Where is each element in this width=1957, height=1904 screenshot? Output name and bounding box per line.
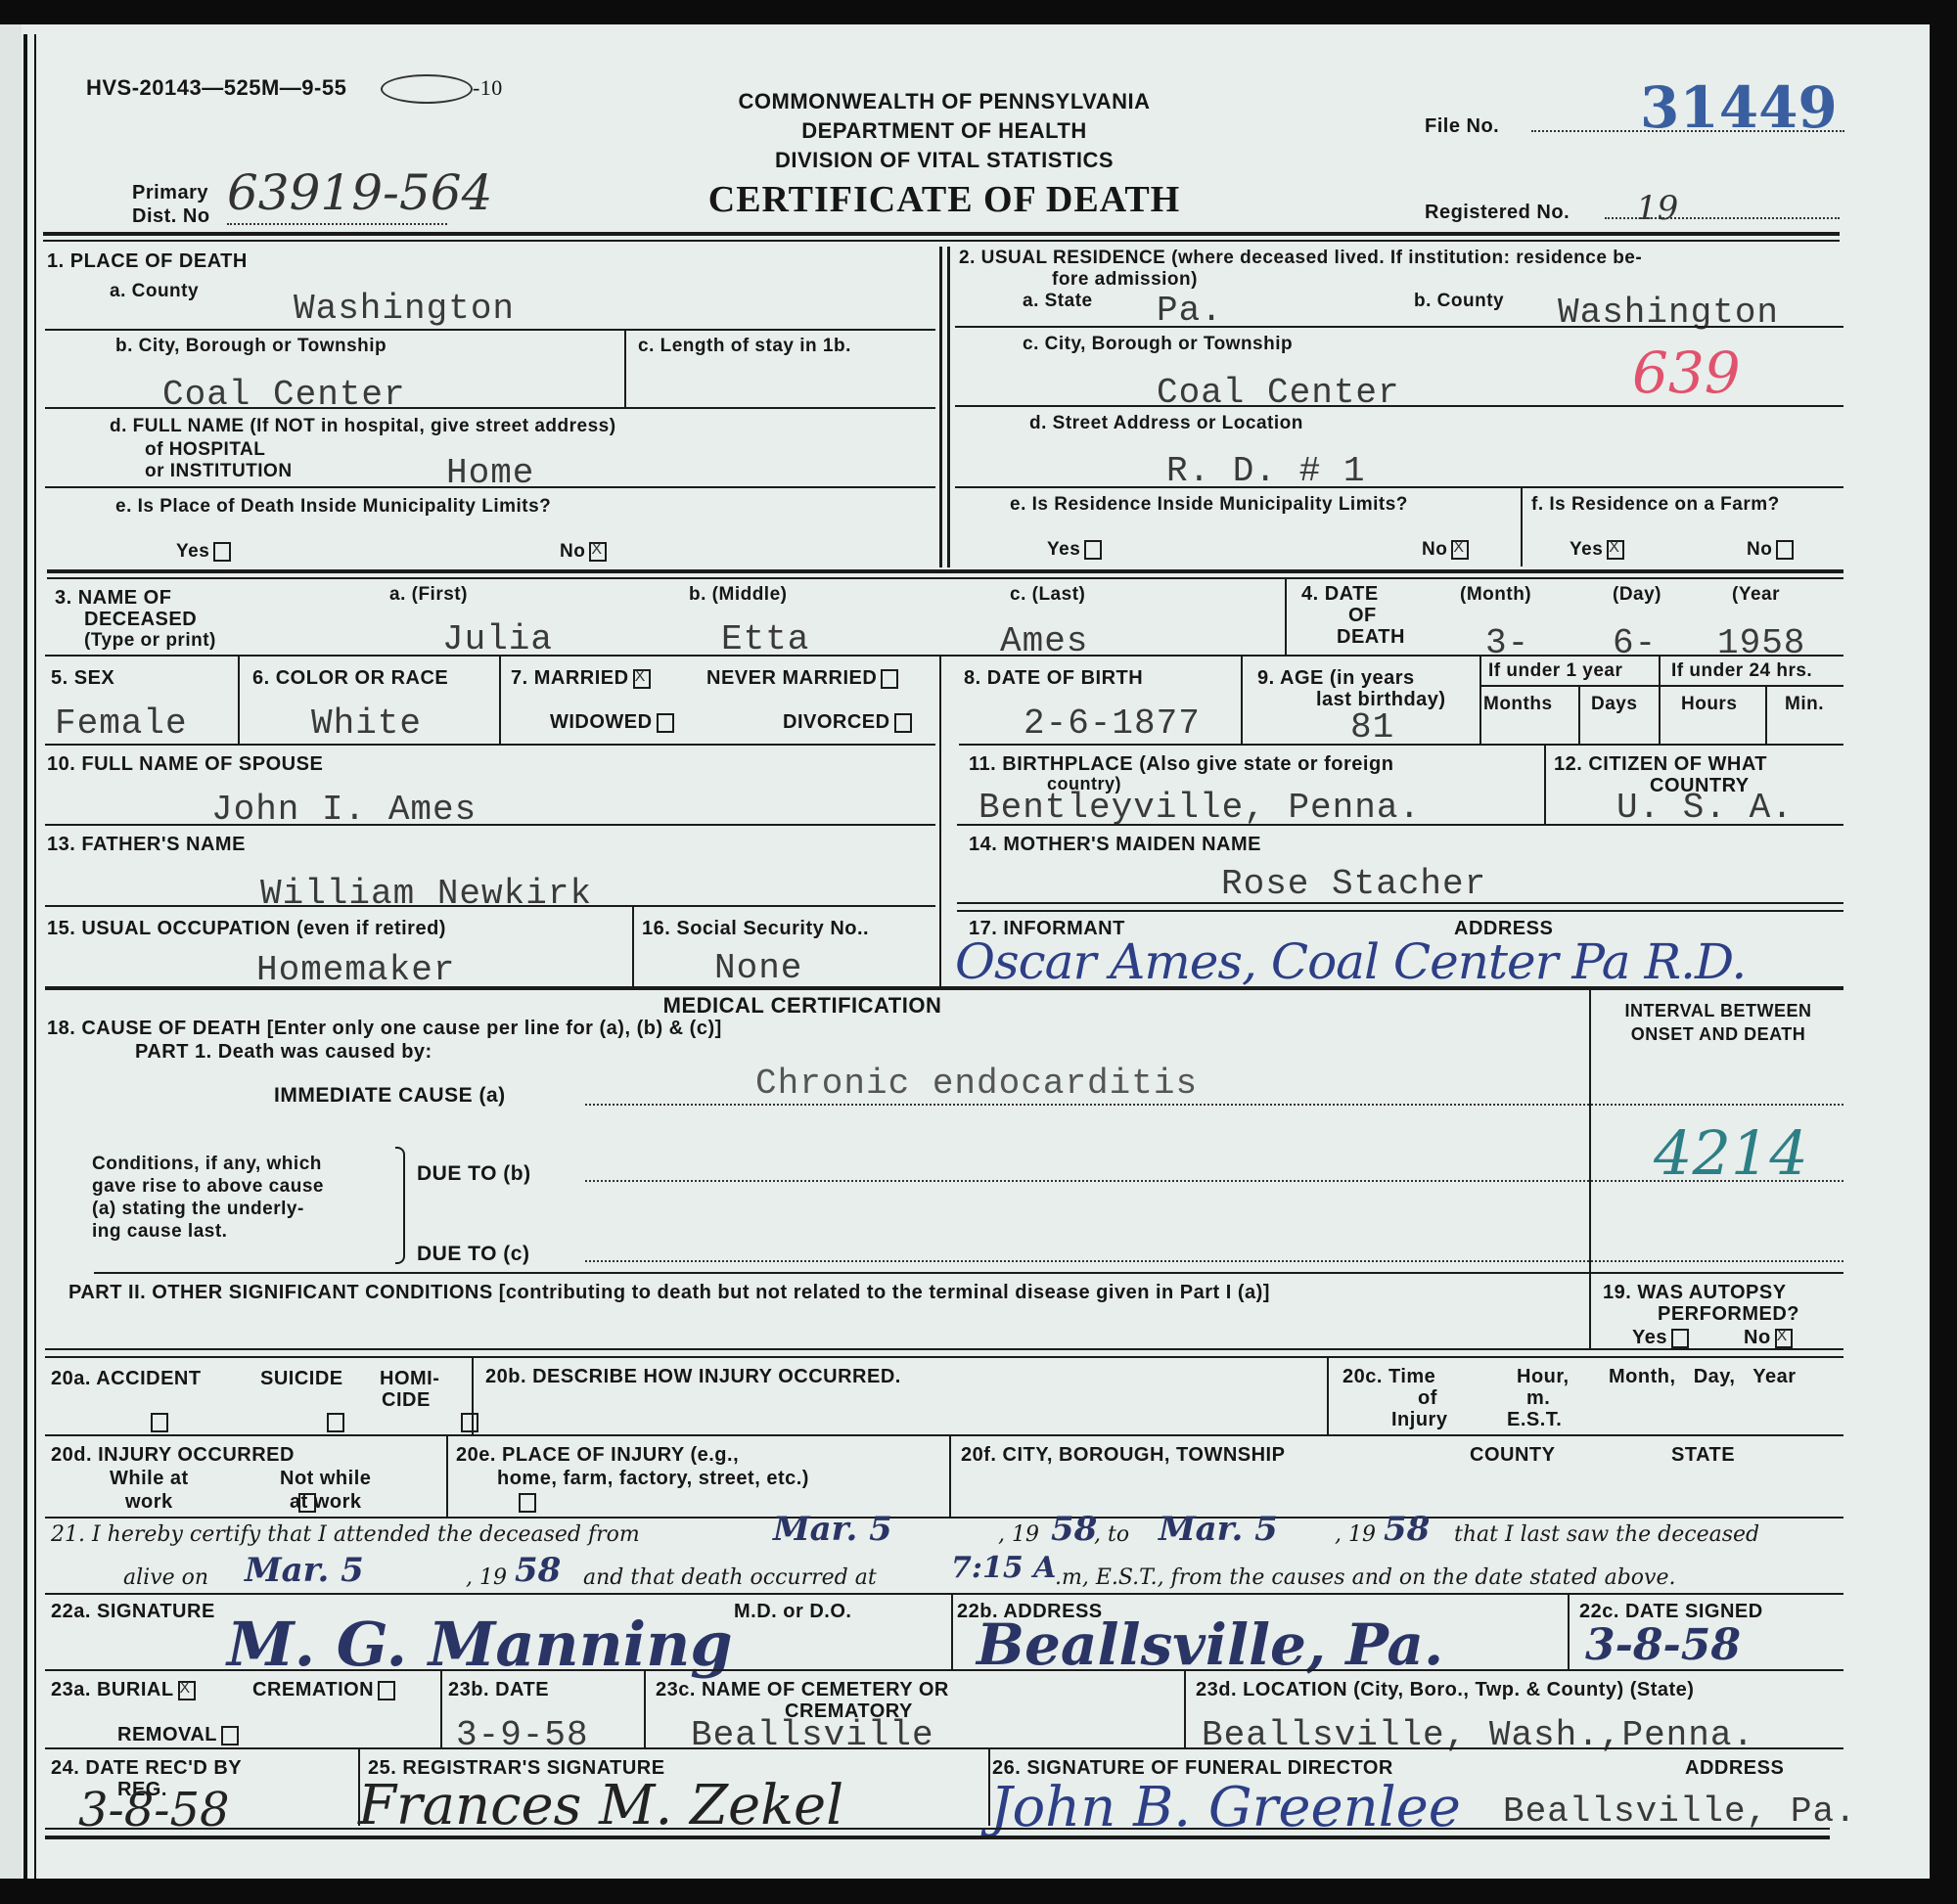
- time-of-injury-label: 20c. Time: [1343, 1366, 1435, 1387]
- checkbox-homicide[interactable]: [461, 1413, 478, 1432]
- medical-section-title: MEDICAL CERTIFICATION: [587, 994, 1018, 1018]
- date-received-label: 24. DATE REC'D BY: [51, 1757, 242, 1779]
- primary-dist-label-2: Dist. No: [132, 205, 210, 227]
- certify-text: 21. I hereby certify that I attended the…: [51, 1522, 640, 1547]
- months-label: Months: [1483, 695, 1553, 715]
- occupation-field[interactable]: Homemaker: [256, 953, 455, 988]
- conditions-text-2: gave rise to above cause: [92, 1177, 324, 1198]
- divider: [1479, 685, 1843, 687]
- street-field[interactable]: R. D. # 1: [1166, 454, 1365, 489]
- citizen-field[interactable]: U. S. A.: [1616, 791, 1794, 826]
- divider-vertical: [238, 656, 240, 744]
- checkbox-burial-checked[interactable]: [178, 1681, 196, 1700]
- primary-dist-value: 63919-564: [227, 168, 492, 217]
- county-field[interactable]: Washington: [294, 292, 515, 327]
- union-label-suffix: -10: [473, 75, 503, 100]
- cemetery-label: 23c. NAME OF CEMETERY OR: [656, 1679, 949, 1700]
- funeral-address-field[interactable]: Beallsville, Pa.: [1503, 1794, 1857, 1830]
- hospital-label: d. FULL NAME (If NOT in hospital, give s…: [110, 417, 616, 437]
- divider-vertical: [1544, 744, 1546, 824]
- divider: [45, 986, 1843, 990]
- married-label: 7. MARRIED: [511, 667, 629, 689]
- attended-from-date[interactable]: Mar. 5: [773, 1513, 892, 1546]
- date-of-death-label-3: DEATH: [1337, 626, 1405, 648]
- year-prefix: , 19: [466, 1565, 507, 1590]
- conditions-text: Conditions, if any, which: [92, 1155, 322, 1175]
- file-no-label: File No.: [1425, 115, 1499, 137]
- divider: [43, 232, 1840, 236]
- divider-vertical: [947, 247, 950, 567]
- union-label-icon: [381, 74, 473, 104]
- alive-on-date[interactable]: Mar. 5: [245, 1554, 364, 1587]
- primary-dist-line: [227, 223, 447, 225]
- injury-city-label: 20f. CITY, BOROUGH, TOWNSHIP: [961, 1444, 1285, 1466]
- mother-label: 14. MOTHER'S MAIDEN NAME: [969, 834, 1261, 855]
- divider: [45, 1517, 1843, 1519]
- first-name-label: a. (First): [389, 585, 468, 606]
- day-label: (Day): [1613, 585, 1661, 606]
- divider-vertical: [1765, 685, 1767, 744]
- middle-name-field[interactable]: Etta: [721, 622, 809, 657]
- divider-vertical: [446, 1434, 448, 1517]
- primary-dist-label: Primary: [132, 182, 208, 204]
- age-field[interactable]: 81: [1350, 710, 1394, 746]
- checkbox-yes[interactable]: [213, 542, 231, 562]
- checkbox-removal[interactable]: [221, 1726, 239, 1745]
- physician-address-field[interactable]: Beallsville, Pa.: [977, 1616, 1443, 1673]
- divider: [955, 326, 1843, 328]
- divider: [43, 240, 1840, 242]
- divider: [45, 1836, 1830, 1839]
- divider-vertical: [1184, 1669, 1186, 1747]
- accident-label: 20a. ACCIDENT: [51, 1368, 202, 1389]
- divider: [955, 405, 1843, 407]
- funeral-address-label: ADDRESS: [1685, 1757, 1784, 1779]
- divider-vertical: [1285, 579, 1287, 656]
- checkbox-married-checked[interactable]: [633, 669, 651, 689]
- alive-on-year[interactable]: 58: [515, 1554, 561, 1587]
- registrar-signature[interactable]: Frances M. Zekel: [358, 1779, 843, 1834]
- certify-text-3: .m, E.S.T., from the causes and on the d…: [1055, 1565, 1676, 1590]
- mother-field[interactable]: Rose Stacher: [1221, 867, 1486, 902]
- attended-to-date[interactable]: Mar. 5: [1159, 1513, 1278, 1546]
- divider: [45, 407, 935, 409]
- divider-vertical: [951, 1593, 953, 1669]
- checkbox-suicide[interactable]: [327, 1413, 344, 1432]
- divider: [45, 1434, 1843, 1436]
- removal-option[interactable]: REMOVAL: [117, 1724, 239, 1745]
- hour-label: Hour,: [1517, 1366, 1570, 1387]
- divider: [45, 486, 935, 488]
- due-to-c-line: [585, 1260, 1843, 1262]
- father-label: 13. FATHER'S NAME: [47, 834, 246, 855]
- conditions-text-3: (a) stating the underly-: [92, 1200, 304, 1220]
- divider: [957, 824, 1843, 826]
- part1-label: PART 1. Death was caused by:: [135, 1041, 432, 1063]
- divider: [955, 486, 1843, 488]
- death-time-field[interactable]: 7:15 A: [951, 1554, 1056, 1583]
- divider: [45, 1747, 1843, 1749]
- spouse-field[interactable]: John I. Ames: [211, 793, 477, 828]
- divider-vertical: [1578, 685, 1580, 744]
- month-label: (Month): [1460, 585, 1531, 606]
- time-of-injury-label-3: Injury: [1391, 1409, 1447, 1430]
- divider-vertical: [949, 1434, 951, 1517]
- injury-section: 20a. ACCIDENT SUICIDE HOMI- CIDE 20b. DE…: [0, 0, 1957, 20]
- middle-name-label: b. (Middle): [689, 585, 787, 606]
- divider-vertical: [939, 656, 941, 744]
- hospital-label-2: of HOSPITAL: [145, 440, 265, 461]
- year-prefix: , 19: [998, 1522, 1039, 1547]
- divider: [45, 655, 1843, 657]
- attended-to-year[interactable]: 58: [1384, 1513, 1430, 1546]
- farm-label: f. Is Residence on a Farm?: [1531, 495, 1780, 516]
- immediate-cause-label: IMMEDIATE CAUSE (a): [274, 1084, 506, 1107]
- married-option[interactable]: 7. MARRIED: [511, 667, 651, 689]
- physician-signature[interactable]: M. G. Manning: [227, 1614, 733, 1675]
- hour-label-3: E.S.T.: [1507, 1409, 1562, 1430]
- left-margin-rule: [34, 34, 36, 1879]
- form-code: HVS-20143—525M—9-55 -10: [86, 74, 503, 104]
- divorced-option[interactable]: DIVORCED: [783, 711, 912, 733]
- date-received-field[interactable]: 3-8-58: [78, 1787, 230, 1834]
- checkbox-divorced[interactable]: [894, 713, 912, 733]
- res-city-label: c. City, Borough or Township: [1023, 335, 1293, 355]
- under-24-hrs-label: If under 24 hrs.: [1671, 661, 1812, 682]
- divider: [45, 1593, 1843, 1595]
- part2-label: PART II. OTHER SIGNIFICANT CONDITIONS [c…: [68, 1282, 1270, 1303]
- checkbox-no[interactable]: [1776, 540, 1794, 560]
- birthplace-label: 11. BIRTHPLACE (Also give state or forei…: [969, 753, 1393, 775]
- farm-yes[interactable]: Yes: [1570, 540, 1624, 561]
- res-inside-yes[interactable]: Yes: [1047, 540, 1102, 561]
- hospital-label-3: or INSTITUTION: [145, 462, 293, 482]
- divider-vertical: [472, 1356, 474, 1434]
- cremation-option[interactable]: CREMATION: [252, 1679, 395, 1700]
- time-of-injury-label-2: of: [1418, 1387, 1437, 1409]
- divider: [957, 910, 1843, 912]
- checkbox-yes-checked[interactable]: [1607, 540, 1624, 560]
- divider: [959, 744, 1843, 746]
- interval-label-2: ONSET AND DEATH: [1591, 1025, 1845, 1045]
- usual-residence-title-2: fore admission): [1052, 270, 1198, 291]
- farm-no[interactable]: No: [1747, 540, 1794, 561]
- ssn-label: 16. Social Security No..: [642, 918, 869, 939]
- checkbox-no-checked[interactable]: [589, 542, 607, 562]
- due-to-c-label: DUE TO (c): [417, 1243, 529, 1265]
- divider-vertical: [1589, 1272, 1591, 1348]
- while-at-work-label-2: work: [125, 1491, 173, 1513]
- divider-vertical: [499, 656, 501, 744]
- divider: [957, 902, 1843, 904]
- checkbox-accident[interactable]: [151, 1413, 168, 1432]
- due-to-b-label: DUE TO (b): [417, 1162, 531, 1185]
- divider: [45, 1356, 1843, 1358]
- ssn-field[interactable]: None: [714, 951, 802, 986]
- yes-label: Yes: [176, 541, 209, 562]
- informant-field[interactable]: Oscar Ames, Coal Center Pa R.D.: [955, 937, 1746, 986]
- interval-label: INTERVAL BETWEEN: [1591, 1002, 1845, 1021]
- divider: [47, 577, 1843, 579]
- place-of-injury-label-2: home, farm, factory, street, etc.): [497, 1468, 809, 1489]
- last-name-label: c. (Last): [1010, 585, 1085, 606]
- year-prefix: , 19: [1335, 1522, 1376, 1547]
- death-occurred-text: and that death occurred at: [583, 1565, 877, 1590]
- header-line-1: COMMONWEALTH OF PENNSYLVANIA: [626, 90, 1262, 113]
- code-annotation: 639: [1632, 344, 1741, 401]
- interval-annotation: 4214: [1654, 1123, 1808, 1184]
- registered-no-label: Registered No.: [1425, 202, 1570, 223]
- sex-field[interactable]: Female: [55, 706, 188, 742]
- divider-vertical: [939, 744, 941, 988]
- days-label: Days: [1591, 695, 1637, 715]
- yes-label: Yes: [1047, 539, 1080, 560]
- name-label-3: (Type or print): [84, 631, 216, 652]
- divider-vertical: [624, 329, 626, 407]
- alive-on-text: alive on: [123, 1565, 208, 1590]
- burial-location-label: 23d. LOCATION (City, Boro., Twp. & Count…: [1196, 1679, 1694, 1700]
- homicide-label-2: CIDE: [382, 1389, 431, 1411]
- divider: [47, 569, 1843, 573]
- place-of-death-title: 1. PLACE OF DEATH: [47, 250, 248, 272]
- date-signed-label: 22c. DATE SIGNED: [1579, 1601, 1763, 1622]
- name-label-2: DECEASED: [84, 609, 197, 630]
- conditions-text-4: ing cause last.: [92, 1222, 227, 1243]
- checkbox-autopsy-yes[interactable]: [1671, 1329, 1689, 1348]
- to-text: , to: [1094, 1522, 1129, 1547]
- paper-edge: [0, 24, 22, 1879]
- divider: [94, 1272, 1843, 1274]
- left-margin-rule: [23, 34, 27, 1879]
- widowed-label: WIDOWED: [550, 711, 653, 733]
- checkbox-cremation[interactable]: [378, 1681, 395, 1700]
- sex-label: 5. SEX: [51, 667, 114, 689]
- divider: [45, 1348, 1843, 1350]
- form-code-text: HVS-20143—525M—9-55: [86, 75, 346, 100]
- usual-residence-title: 2. USUAL RESIDENCE (where deceased lived…: [959, 249, 1642, 269]
- homicide-label: HOMI-: [380, 1368, 439, 1389]
- street-label: d. Street Address or Location: [1029, 414, 1303, 434]
- no-label: No: [1744, 1327, 1771, 1348]
- divider: [45, 1669, 1843, 1671]
- min-label: Min.: [1785, 695, 1824, 715]
- no-label: No: [1747, 539, 1772, 560]
- state-label: a. State: [1023, 292, 1093, 312]
- res-inside-limits-label: e. Is Residence Inside Municipality Limi…: [1010, 495, 1408, 516]
- first-name-field[interactable]: Julia: [442, 622, 553, 657]
- immediate-cause-field[interactable]: Chronic endocarditis: [755, 1066, 1198, 1102]
- certify-text-2: that I last saw the deceased: [1454, 1522, 1759, 1547]
- birthplace-field[interactable]: Bentleyville, Penna.: [978, 791, 1421, 826]
- race-label: 6. COLOR OR RACE: [252, 667, 448, 689]
- month-day-year-label: Month, Day, Year: [1609, 1366, 1797, 1387]
- state-field[interactable]: Pa.: [1157, 294, 1223, 329]
- dob-field[interactable]: 2-6-1877: [1024, 706, 1201, 742]
- never-married-label: NEVER MARRIED: [706, 667, 877, 689]
- date-signed-field[interactable]: 3-8-58: [1585, 1624, 1741, 1667]
- cause-of-death-label: 18. CAUSE OF DEATH [Enter only one cause…: [47, 1018, 722, 1039]
- attended-from-year[interactable]: 58: [1051, 1513, 1097, 1546]
- not-while-at-work-label: Not while: [280, 1468, 371, 1489]
- occupation-label: 15. USUAL OCCUPATION (even if retired): [47, 918, 446, 939]
- divider-vertical: [939, 247, 942, 567]
- year-label: (Year: [1732, 585, 1780, 606]
- header-line-3: DIVISION OF VITAL STATISTICS: [626, 149, 1262, 172]
- citizen-label: 12. CITIZEN OF WHAT: [1554, 753, 1767, 775]
- divider-vertical: [644, 1669, 646, 1747]
- date-of-death-label: 4. DATE: [1301, 583, 1379, 605]
- removal-label: REMOVAL: [117, 1724, 217, 1745]
- injury-occurred-label: 20d. INJURY OCCURRED: [51, 1444, 295, 1466]
- hour-label-2: m.: [1526, 1387, 1550, 1409]
- under-1-year-label: If under 1 year: [1488, 661, 1622, 682]
- res-inside-no[interactable]: No: [1422, 540, 1469, 561]
- county-label: a. County: [110, 282, 199, 302]
- autopsy-label: 19. WAS AUTOPSY: [1603, 1282, 1787, 1303]
- widowed-option[interactable]: WIDOWED: [550, 711, 674, 733]
- spouse-label: 10. FULL NAME OF SPOUSE: [47, 753, 323, 775]
- length-of-stay-label: c. Length of stay in 1b.: [638, 337, 851, 357]
- divider: [45, 905, 935, 907]
- hours-label: Hours: [1681, 695, 1737, 715]
- divider: [45, 1828, 1830, 1830]
- bracket: [395, 1147, 405, 1264]
- divider-vertical: [1568, 1593, 1570, 1669]
- divider-vertical: [1241, 656, 1243, 744]
- divider: [45, 824, 935, 826]
- checkbox-autopsy-no-checked[interactable]: [1775, 1329, 1793, 1348]
- no-label: No: [1422, 539, 1447, 560]
- inside-limits-yes[interactable]: Yes: [176, 542, 231, 563]
- file-no-value: 31449: [1640, 74, 1838, 141]
- immediate-cause-line: [585, 1104, 1843, 1106]
- autopsy-yes[interactable]: Yes: [1632, 1327, 1689, 1348]
- describe-injury-label: 20b. DESCRIBE HOW INJURY OCCURRED.: [485, 1366, 901, 1387]
- divider: [45, 329, 935, 331]
- yes-label: Yes: [1632, 1327, 1667, 1348]
- page-title: CERTIFICATE OF DEATH: [626, 180, 1262, 221]
- checkbox-never-married[interactable]: [881, 669, 898, 689]
- checkbox-no-checked[interactable]: [1451, 540, 1469, 560]
- injury-county-label: COUNTY: [1470, 1444, 1555, 1466]
- res-county-label: b. County: [1414, 292, 1504, 312]
- checkbox-not-while-at-work[interactable]: [519, 1493, 536, 1513]
- divorced-label: DIVORCED: [783, 711, 890, 733]
- cremation-label: CREMATION: [252, 1679, 374, 1700]
- divider: [45, 744, 935, 746]
- not-while-at-work-label-2: at work: [290, 1491, 362, 1513]
- never-married-option[interactable]: NEVER MARRIED: [706, 667, 898, 689]
- city-label: b. City, Borough or Township: [115, 337, 387, 357]
- name-label: 3. NAME OF: [55, 587, 171, 609]
- no-label: No: [560, 541, 585, 562]
- divider-vertical: [1327, 1356, 1329, 1434]
- autopsy-label-2: PERFORMED?: [1658, 1303, 1799, 1325]
- suicide-label: SUICIDE: [260, 1368, 343, 1389]
- burial-label: 23a. BURIAL: [51, 1679, 174, 1700]
- inside-limits-no[interactable]: No: [560, 542, 607, 563]
- divider-vertical: [632, 905, 634, 988]
- md-do-label: M.D. or D.O.: [734, 1601, 851, 1622]
- while-at-work-label: While at: [110, 1468, 189, 1489]
- divider-vertical: [440, 1669, 442, 1747]
- signature-label: 22a. SIGNATURE: [51, 1601, 215, 1622]
- dob-label: 8. DATE OF BIRTH: [964, 667, 1143, 689]
- burial-option[interactable]: 23a. BURIAL: [51, 1679, 196, 1700]
- injury-state-label: STATE: [1671, 1444, 1735, 1466]
- date-of-death-label-2: OF: [1348, 605, 1377, 626]
- place-of-injury-label: 20e. PLACE OF INJURY (e.g.,: [456, 1444, 739, 1466]
- divider-vertical: [1521, 486, 1523, 567]
- divider-vertical: [1479, 656, 1481, 744]
- race-field[interactable]: White: [311, 706, 422, 742]
- registered-no-value: 19: [1636, 192, 1678, 225]
- yes-label: Yes: [1570, 539, 1603, 560]
- burial-date-label: 23b. DATE: [448, 1679, 549, 1700]
- age-label: 9. AGE (in years: [1257, 667, 1415, 689]
- checkbox-yes[interactable]: [1084, 540, 1102, 560]
- checkbox-widowed[interactable]: [657, 713, 674, 733]
- header-line-2: DEPARTMENT OF HEALTH: [626, 119, 1262, 143]
- inside-limits-label: e. Is Place of Death Inside Municipality…: [115, 497, 551, 518]
- divider-vertical: [1659, 656, 1661, 744]
- autopsy-no[interactable]: No: [1744, 1327, 1793, 1348]
